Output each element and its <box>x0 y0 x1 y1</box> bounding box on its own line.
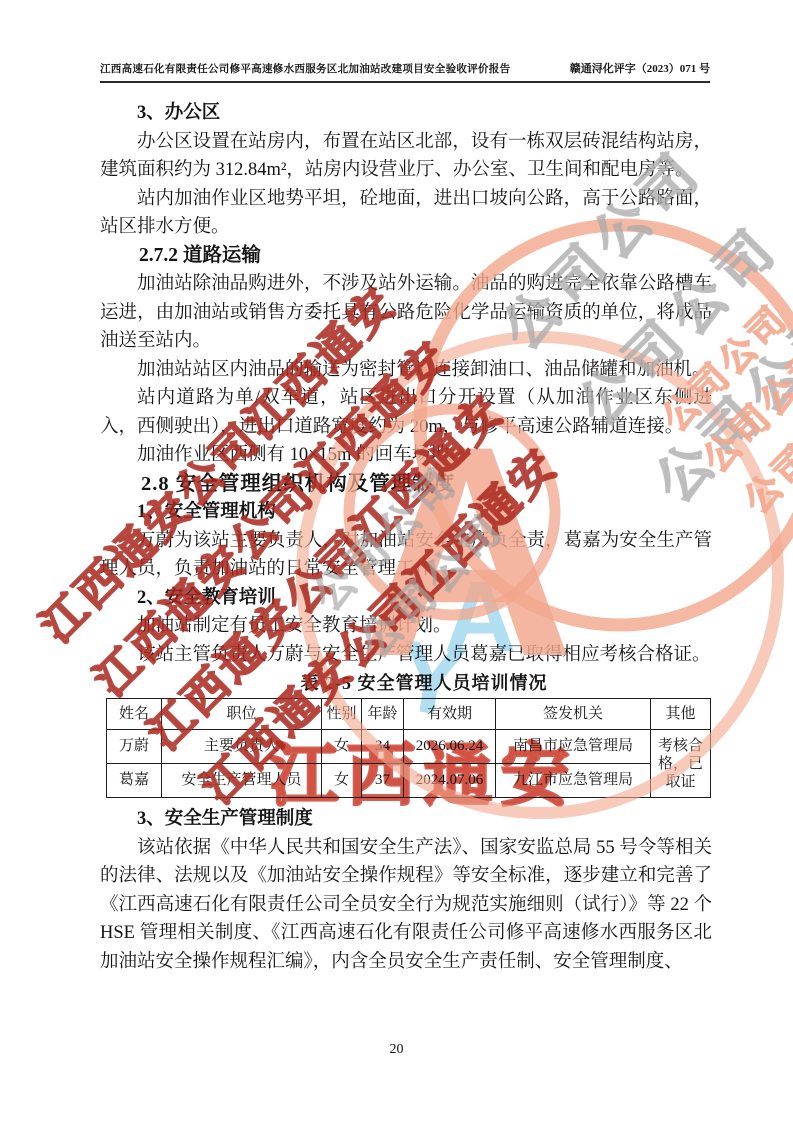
page-number: 20 <box>0 1042 793 1058</box>
paragraph-272-2: 加油站站区内油品的输送为密封管道连接卸油口、油品储罐和加油机。 <box>100 356 712 385</box>
heading-office-area: 3、办公区 <box>100 99 712 128</box>
header-report-title: 江西高速石化有限责任公司修平高速修水西服务区北加油站改建项目安全验收评价报告 <box>100 61 510 76</box>
col-header-gender: 性别 <box>322 698 362 730</box>
col-header-issuer: 签发机关 <box>496 698 651 730</box>
table-row: 葛嘉 安全生产管理人员 女 37 2024.07.06 九江市应急管理局 <box>107 764 711 798</box>
document-body: 3、办公区 办公区设置在站房内，布置在站区北部，设有一栋双层砖混结构站房，建筑面… <box>100 99 712 976</box>
cell-position: 安全生产管理人员 <box>162 764 322 798</box>
cell-other-merged: 考核合格，已取证 <box>651 730 711 798</box>
table-header-row: 姓名 职位 性别 年龄 有效期 签发机关 其他 <box>107 698 711 730</box>
paragraph-28-2b: 该站主管负责人万蔚与安全生产管理人员葛嘉已取得相应考核合格证。 <box>100 641 712 670</box>
heading-section-272: 2.7.2 道路运输 <box>100 242 712 271</box>
col-header-other: 其他 <box>651 698 711 730</box>
cell-position: 主要负责人 <box>162 730 322 764</box>
header-document-number: 赣通浔化评字（2023）071 号 <box>570 60 710 76</box>
paragraph-office-area-2: 站内加油作业区地势平坦，砼地面，进出口坡向公路，高于公路路面，站区排水方便。 <box>100 185 712 242</box>
cell-age: 34 <box>362 730 404 764</box>
cell-age: 37 <box>362 764 404 798</box>
paragraph-272-1: 加油站除油品购进外，不涉及站外运输。油品的购进完全依靠公路槽车运进，由加油站或销… <box>100 270 712 356</box>
table-row: 万蔚 主要负责人 女 34 2026.06.24 南昌市应急管理局 考核合格，已… <box>107 730 711 764</box>
training-table: 姓名 职位 性别 年龄 有效期 签发机关 其他 万蔚 主要负责人 女 34 20… <box>106 698 711 799</box>
lattice-row: 公司公司 <box>730 387 793 527</box>
cell-validity: 2026.06.24 <box>404 730 496 764</box>
cell-validity: 2024.07.06 <box>404 764 496 798</box>
heading-section-28: 2.8 安全管理组织机构及管理制度 <box>100 470 712 499</box>
cell-name: 葛嘉 <box>107 764 162 798</box>
page-header: 江西高速石化有限责任公司修平高速修水西服务区北加油站改建项目安全验收评价报告 赣… <box>100 60 710 83</box>
paragraph-28-1: 万蔚为该站主要负责人，对加油站安全生产负全责，葛嘉为安全生产管理人员，负责加油站… <box>100 527 712 584</box>
paragraph-272-4: 加油作业区西侧有 10×15m 的回车场地。 <box>100 441 712 470</box>
cell-gender: 女 <box>322 730 362 764</box>
cell-issuer: 九江市应急管理局 <box>496 764 651 798</box>
paragraph-office-area-1: 办公区设置在站房内，布置在站区北部，设有一栋双层砖混结构站房，建筑面积约为 31… <box>100 128 712 185</box>
heading-28-2: 2、安全教育培训 <box>100 584 712 613</box>
cell-gender: 女 <box>322 764 362 798</box>
col-header-position: 职位 <box>162 698 322 730</box>
heading-28-1: 1、安全管理机构 <box>100 498 712 527</box>
document-page: A Y 江西通安 江西高速石化有限责任公司修平高速修水西服务区北加油站改建项目安… <box>0 0 793 1122</box>
table-caption: 表 2-5 安全管理人员培训情况 <box>100 669 712 698</box>
paragraph-28-2a: 加油站制定有员工安全教育培训计划。 <box>100 612 712 641</box>
paragraph-28-3: 该站依据《中华人民共和国安全生产法》、国家安监总局 55 号令等相关的法律、法规… <box>100 834 712 977</box>
col-header-name: 姓名 <box>107 698 162 730</box>
cell-name: 万蔚 <box>107 730 162 764</box>
col-header-validity: 有效期 <box>404 698 496 730</box>
cell-issuer: 南昌市应急管理局 <box>496 730 651 764</box>
paragraph-272-3: 站内道路为单/双车道，站区进出口分开设置（从加油作业区东侧进入，西侧驶出），进出… <box>100 384 712 441</box>
heading-28-3: 3、安全生产管理制度 <box>100 805 712 834</box>
col-header-age: 年龄 <box>362 698 404 730</box>
